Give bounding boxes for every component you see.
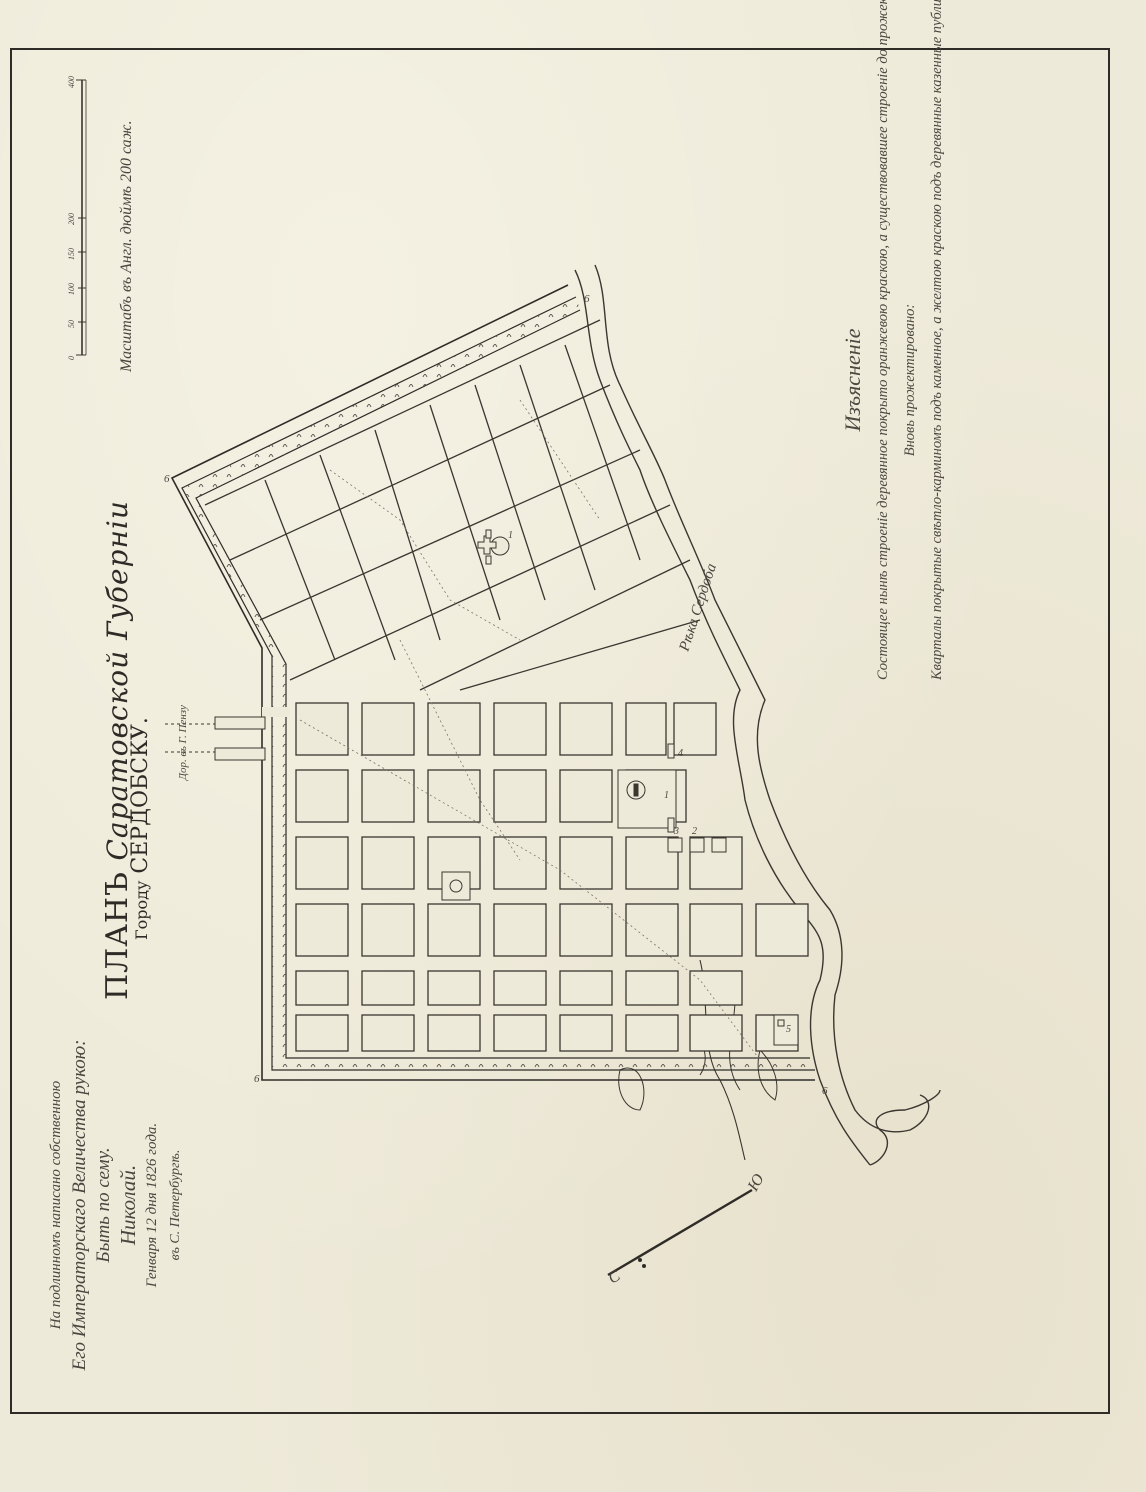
map-subtitle: Городу СЕРДОБСКУ.	[128, 717, 153, 940]
shops-marker: 3	[673, 826, 679, 837]
approval-line-2: Его Императорскаго Величества рукою:	[68, 1015, 92, 1395]
town-rampart-val	[172, 285, 815, 1080]
svg-text:400: 400	[67, 76, 76, 88]
church-marker-market: 1	[664, 790, 669, 801]
blocks-row-1	[296, 703, 716, 755]
subtitle-prefix: Городу	[132, 881, 151, 940]
approval-line-3: Быть по сему.	[92, 1015, 116, 1395]
road-label: Дор. въ Г. Пензу	[177, 705, 189, 781]
blocks-row-5	[296, 971, 742, 1005]
scale-label: Масштабъ въ Англ. дюймѣ 200 саж.	[118, 120, 136, 372]
compass-north-label: С	[606, 1267, 624, 1287]
rampart-marker-river: 6	[584, 293, 590, 305]
compass-needle: С Ю	[606, 1171, 768, 1288]
stores-marker: 4	[678, 748, 683, 759]
church-marker-north: 1	[508, 530, 513, 541]
rampart-marker-east: 6	[822, 1085, 828, 1097]
scale-ticks: 0 50 100 150 200 400	[67, 76, 76, 360]
river-label: Рѣка Сердоба	[676, 562, 720, 655]
svg-text:0: 0	[67, 356, 76, 360]
imperial-approval-inscription: На подлинномъ написано собственною Его И…	[44, 1015, 188, 1395]
church-square-north	[478, 530, 509, 564]
svg-text:200: 200	[67, 213, 76, 225]
subtitle-town: СЕРДОБСКУ.	[128, 717, 153, 874]
svg-text:50: 50	[67, 320, 76, 328]
rampart-marker-bottom: 6	[254, 1073, 260, 1085]
blocks-row-4	[296, 904, 808, 956]
legend-existing-text: Состоящее нынѣ строеніе деревянное покры…	[870, 80, 897, 680]
offices-marker: 2	[692, 826, 697, 837]
svg-text:100: 100	[67, 283, 76, 295]
approval-date: Генваря 12 дня 1826 года.	[140, 1015, 164, 1395]
smithy-marker: 5	[786, 1024, 791, 1035]
church-square-market	[618, 744, 726, 852]
legend-projected-text: Кварталы покрытые свѣтло-карминомъ подъ …	[924, 80, 951, 680]
church-square-west	[442, 872, 470, 900]
street-grid-north	[205, 320, 700, 690]
scale-bar	[76, 80, 86, 355]
approval-line-1: На подлинномъ написано собственною	[44, 1015, 68, 1395]
legend-subheading: Вновь прожектировано:	[897, 80, 924, 680]
legend-explanation: Изъясненіе Состоящее нынѣ строеніе дерев…	[836, 80, 951, 680]
street-grid-south	[296, 703, 808, 1051]
svg-text:150: 150	[67, 248, 76, 260]
legend-projected-intro: Кварталы покрытые свѣтло-карминомъ подъ …	[929, 0, 945, 680]
legend-heading: Изъясненіе	[836, 80, 870, 680]
approval-signature: Николай.	[116, 1015, 140, 1395]
blocks-row-6	[296, 1015, 798, 1051]
approval-place: въ С. Петербургѣ.	[164, 1015, 188, 1395]
rampart-marker-top: 6	[164, 473, 170, 485]
